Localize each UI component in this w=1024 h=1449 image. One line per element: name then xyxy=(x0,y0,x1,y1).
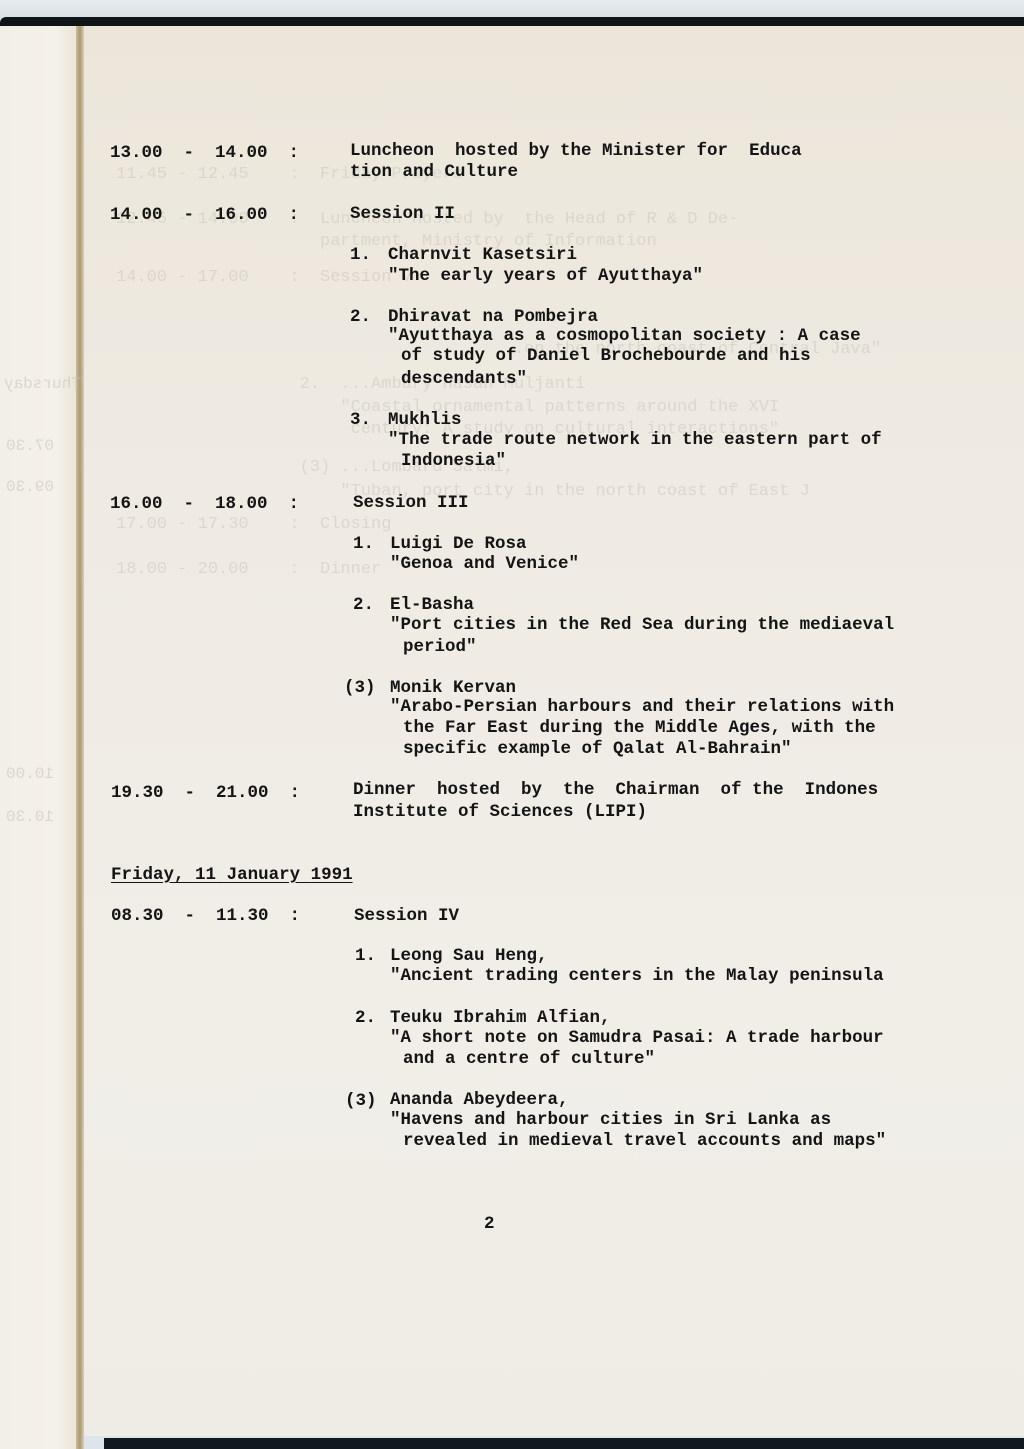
time-slot: 16.00 - 18.00 : xyxy=(110,494,299,515)
paper-title: "Havens and harbour cities in Sri Lanka … xyxy=(390,1110,831,1131)
paper-author: El-Basha xyxy=(390,595,474,616)
session-title: Session II xyxy=(350,204,455,225)
day-heading: Friday, 11 January 1991 xyxy=(111,865,353,886)
paper-author: Dhiravat na Pombejra xyxy=(388,307,598,328)
session-title: Session III xyxy=(353,493,469,514)
paper-title: "Arabo-Persian harbours and their relati… xyxy=(390,697,894,718)
paper-number: (3) xyxy=(344,678,376,699)
time-slot: 19.30 - 21.00 : xyxy=(111,783,300,804)
paper-author: Charnvit Kasetsiri xyxy=(388,245,577,266)
paper-number: 2. xyxy=(353,595,374,616)
paper-title: "Genoa and Venice" xyxy=(390,554,579,575)
paper-author: Monik Kervan xyxy=(390,678,516,699)
event-description: Luncheon hosted by the Minister for Educ… xyxy=(350,141,802,162)
paper-title: revealed in medieval travel accounts and… xyxy=(403,1131,886,1152)
time-slot: 14.00 - 16.00 : xyxy=(110,205,299,226)
paper-title: "Port cities in the Red Sea during the m… xyxy=(390,615,894,636)
paper-title: Indonesia" xyxy=(401,451,506,472)
paper-title: "Ancient trading centers in the Malay pe… xyxy=(390,966,884,987)
event-description: Institute of Sciences (LIPI) xyxy=(353,802,647,823)
paper-title: of study of Daniel Brochebourde and his xyxy=(401,346,811,367)
event-description: tion and Culture xyxy=(350,162,518,183)
paper-title: and a centre of culture" xyxy=(403,1049,655,1070)
paper-author: Mukhlis xyxy=(388,410,462,431)
paper-number: 2. xyxy=(350,307,371,328)
paper-number: 1. xyxy=(353,534,374,555)
paper-number: 1. xyxy=(355,946,376,967)
paper-title: "Ayutthaya as a cosmopolitan society : A… xyxy=(388,326,861,347)
paper-title: specific example of Qalat Al-Bahrain" xyxy=(403,739,792,760)
paper-author: Ananda Abeydeera, xyxy=(390,1090,569,1111)
paper-author: Leong Sau Heng, xyxy=(390,946,548,967)
session-title: Session IV xyxy=(354,906,459,927)
event-description: Dinner hosted by the Chairman of the Ind… xyxy=(353,780,878,801)
paper-number: (3) xyxy=(345,1091,377,1112)
paper-number: 1. xyxy=(350,245,371,266)
paper-title: "The early years of Ayutthaya" xyxy=(388,266,703,287)
paper-number: 3. xyxy=(350,410,371,431)
paper-author: Teuku Ibrahim Alfian, xyxy=(390,1008,611,1029)
time-slot: 13.00 - 14.00 : xyxy=(110,143,299,164)
paper-title: "A short note on Samudra Pasai: A trade … xyxy=(390,1028,884,1049)
paper-author: Luigi De Rosa xyxy=(390,534,527,555)
paper-title: period" xyxy=(403,637,477,658)
paper-title: "The trade route network in the eastern … xyxy=(388,430,882,451)
page-number: 2 xyxy=(484,1214,495,1235)
paper-title: the Far East during the Middle Ages, wit… xyxy=(403,718,876,739)
paper-title: descendants" xyxy=(401,369,527,390)
schedule-content: 13.00 - 14.00 : Luncheon hosted by the M… xyxy=(0,0,1024,1449)
time-slot: 08.30 - 11.30 : xyxy=(111,906,300,927)
paper-number: 2. xyxy=(355,1008,376,1029)
